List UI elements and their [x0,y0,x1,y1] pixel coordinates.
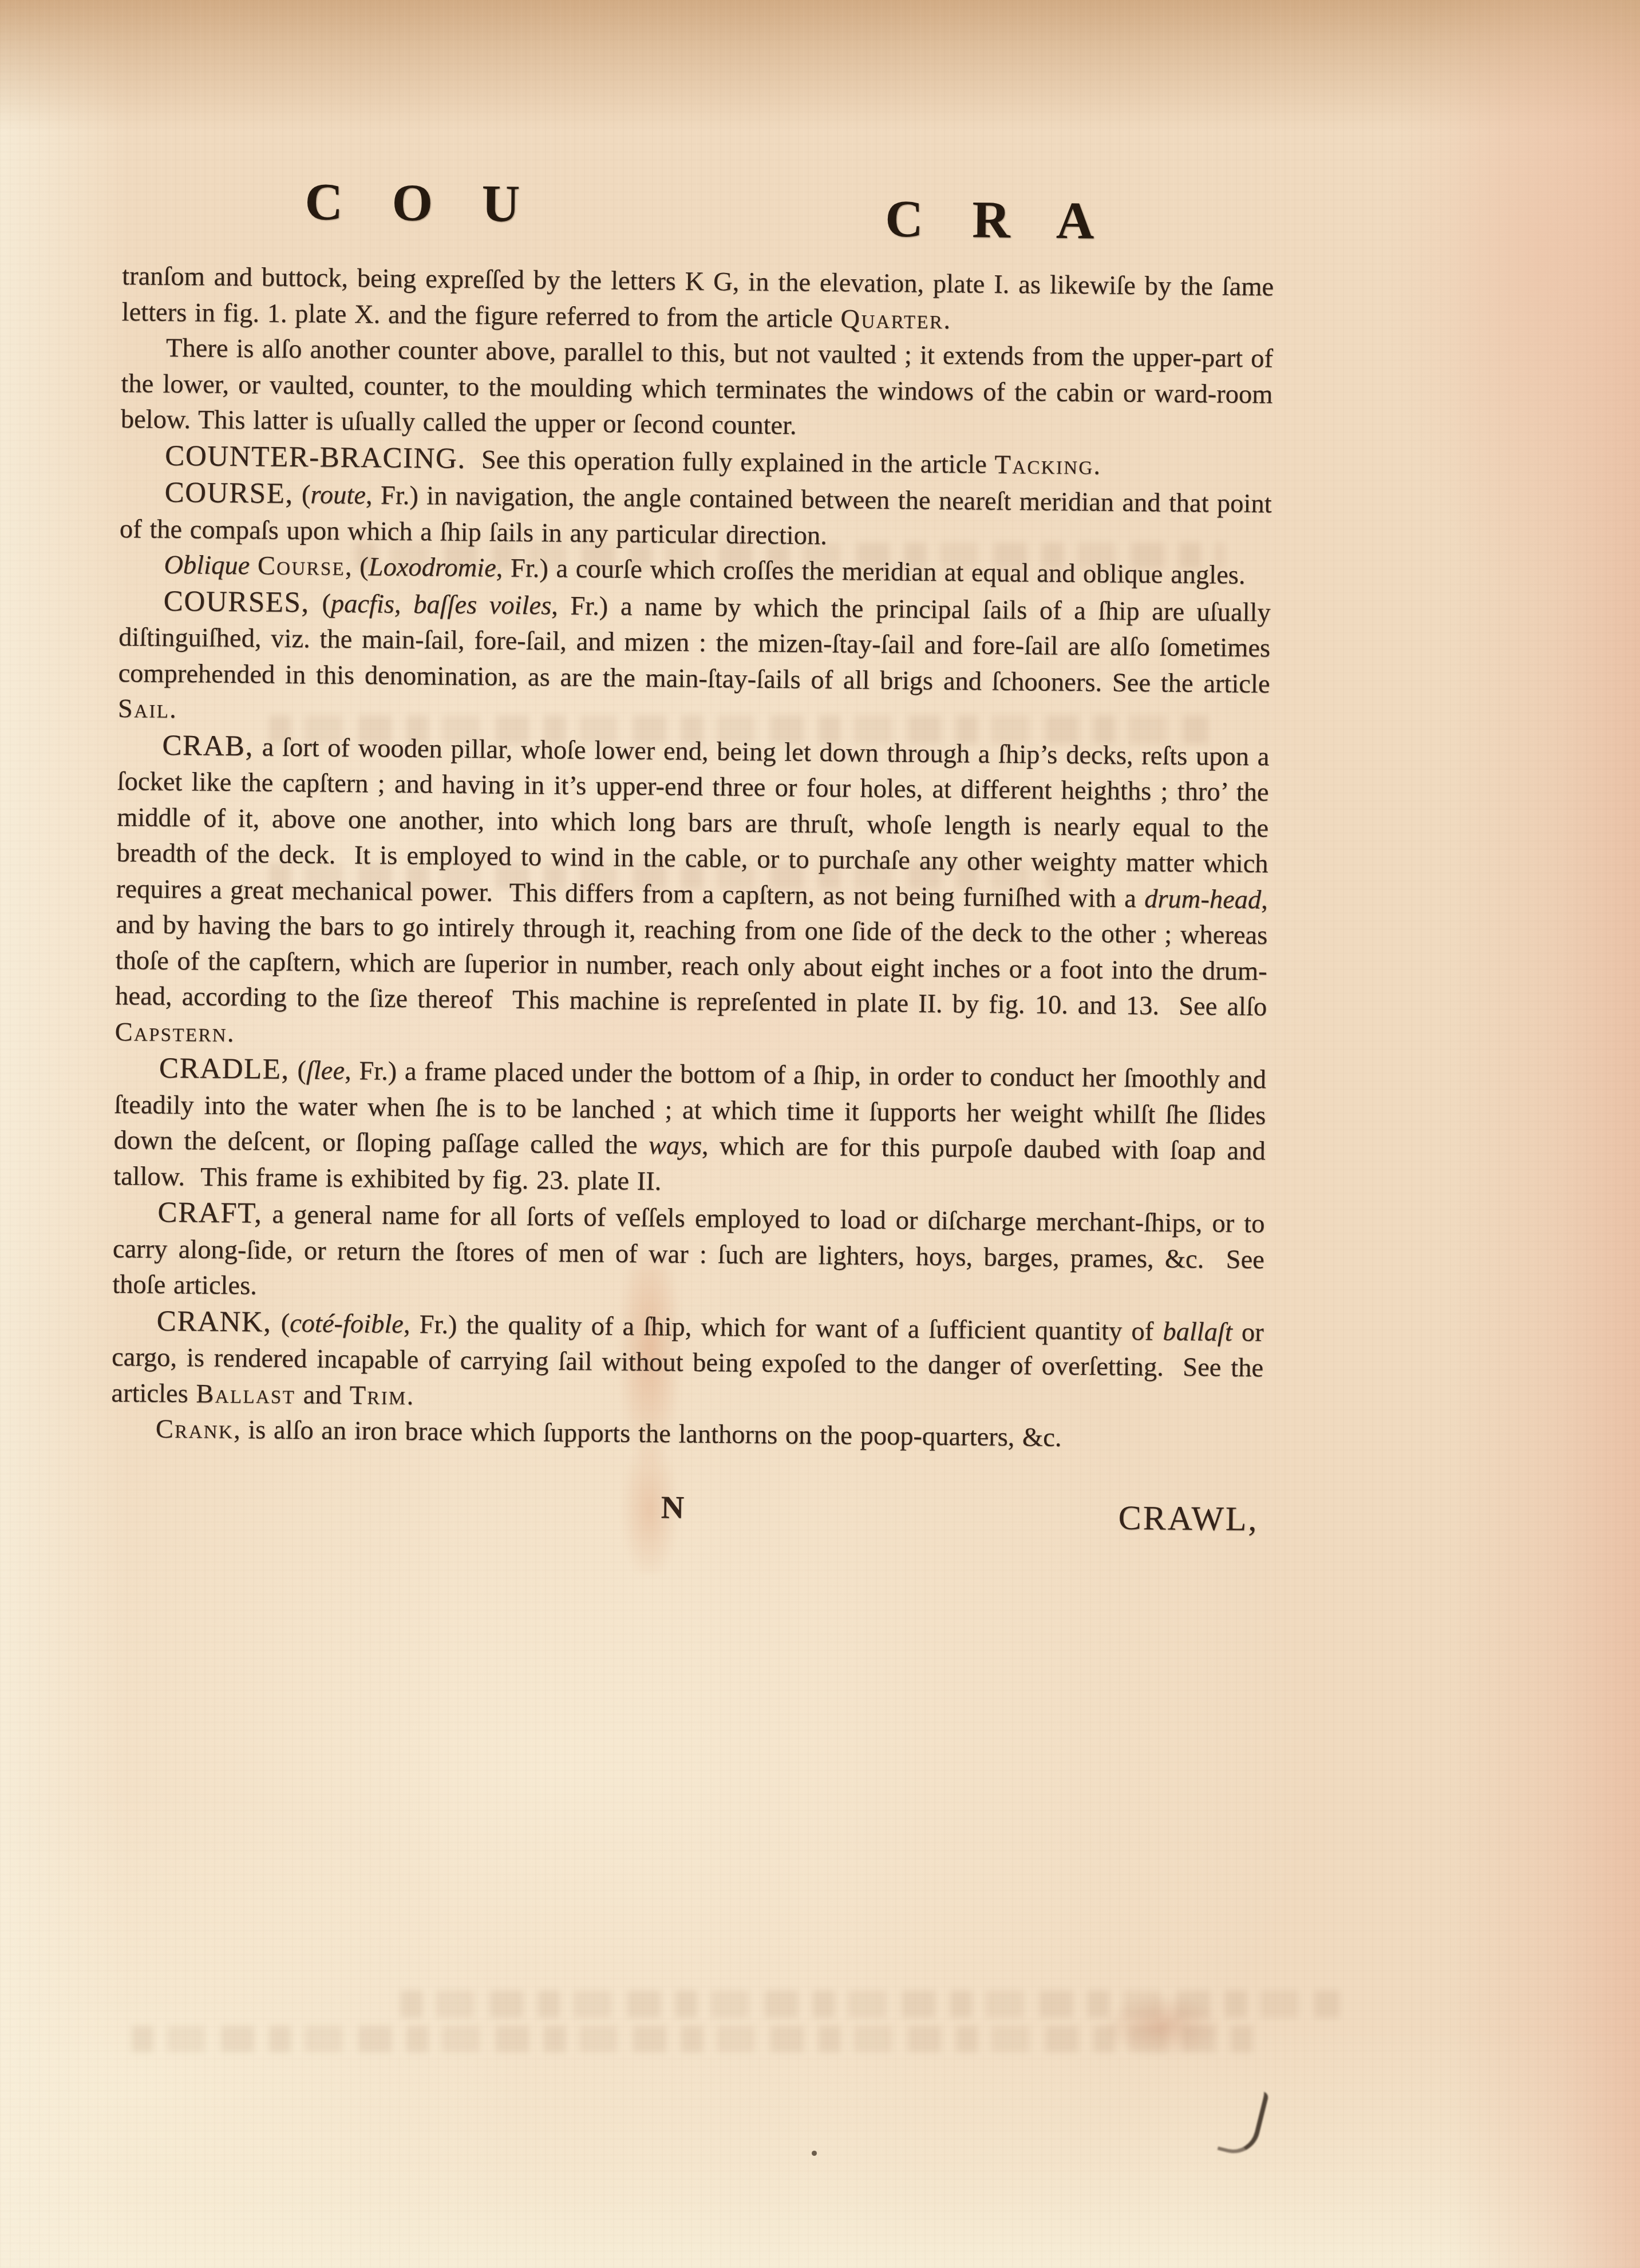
paragraph: CRANK, (coté-foible, Fr.) the quality of… [111,1303,1264,1422]
text-segment: , is alſo an iron brace which ſupports t… [234,1415,1062,1452]
ink-fleck [812,2151,817,2156]
paper-discoloration [1311,0,1640,858]
running-head: C O U C R A [122,169,1275,240]
text-segment: Ballast [196,1379,295,1410]
paragraph: COURSES, (pacfis, baſſes voiles, Fr.) a … [118,583,1271,738]
page-content: C O U C R A tranſom and buttock, being e… [110,169,1275,1564]
ink-bleed-through [401,1990,1339,2018]
text-segment: . [169,695,176,724]
text-segment: . [1093,451,1100,480]
text-segment [250,551,258,580]
text-segment: CRANK, [156,1304,271,1338]
text-segment: CRADLE, [159,1052,290,1086]
paragraph: COURSE, (route, Fr.) in navigation, the … [120,474,1272,558]
page-footer: N CRAWL, [110,1483,1262,1563]
paragraph: CRAFT, a general name for all ſorts of v… [112,1194,1265,1314]
text-segment: ( [293,480,310,509]
text-segment: COURSE, [164,476,294,510]
text-segment: ſlee [306,1056,345,1086]
text-segment: COUNTER-BRACING. [165,439,466,474]
text-segment: There is alſo another counter above, par… [121,334,1274,441]
running-head-right: C R A [885,188,1113,251]
text-segment: route [310,480,366,510]
catchword: CRAWL, [1118,1498,1259,1538]
text-segment: , ( [345,552,369,581]
paragraph: tranſom and buttock, being expreſſed by … [121,259,1274,341]
text-segment: See this operation fully explained in th… [465,445,994,479]
text-segment: ( [290,1056,307,1085]
text-segment: Tacking [994,450,1093,480]
red-stain [1088,1986,1236,2066]
text-segment: ways [649,1131,702,1161]
text-segment: CRAFT, [157,1196,262,1230]
text-segment: . [406,1381,413,1410]
text-segment: Loxodromie [368,552,496,583]
body-text: tranſom and buttock, being expreſſed by … [111,259,1274,1458]
text-segment: ( [309,589,331,618]
text-segment: ( [271,1308,290,1337]
text-segment: Quarter [840,304,943,335]
text-segment: Sail [118,694,170,724]
text-segment: ballaſt [1163,1317,1232,1347]
text-segment: and [295,1380,350,1410]
text-segment: Crank [156,1415,234,1444]
text-segment: coté-foible [290,1308,404,1339]
text-segment: , Fr.) a courſe which croſſes the meridi… [496,553,1245,590]
text-segment: . [943,305,950,334]
text-segment: Course [258,551,346,581]
book-page: C O U C R A tranſom and buttock, being e… [0,0,1640,2268]
paragraph: There is alſo another counter above, par… [121,330,1274,449]
text-segment: . [227,1018,234,1047]
text-segment: a general name for all ſorts of veſſels … [112,1200,1265,1300]
text-segment: Capstern [114,1017,227,1047]
running-head-left: C O U [305,171,538,234]
text-segment: CRAB, [162,729,254,762]
ink-bleed-through [132,2026,1254,2052]
text-segment: Oblique [164,551,250,580]
paragraph: CRAB, a ſort of wooden pillar, whoſe low… [114,727,1269,1061]
text-segment: COURSES, [163,584,310,618]
text-segment: a ſort of wooden pillar, whoſe lower end… [116,733,1270,913]
ink-smudge [1218,2084,1270,2159]
text-segment: Trim [349,1380,407,1410]
text-segment: drum-head [1144,884,1262,915]
text-segment: , Fr.) the quality of a ſhip, which for … [404,1309,1163,1346]
text-segment: pacfis, baſſes voiles [331,589,552,620]
paragraph: CRADLE, (ſlee, Fr.) a frame placed under… [113,1050,1266,1205]
text-segment: tranſom and buttock, being expreſſed by … [121,262,1274,334]
signature-mark: N [661,1489,684,1526]
